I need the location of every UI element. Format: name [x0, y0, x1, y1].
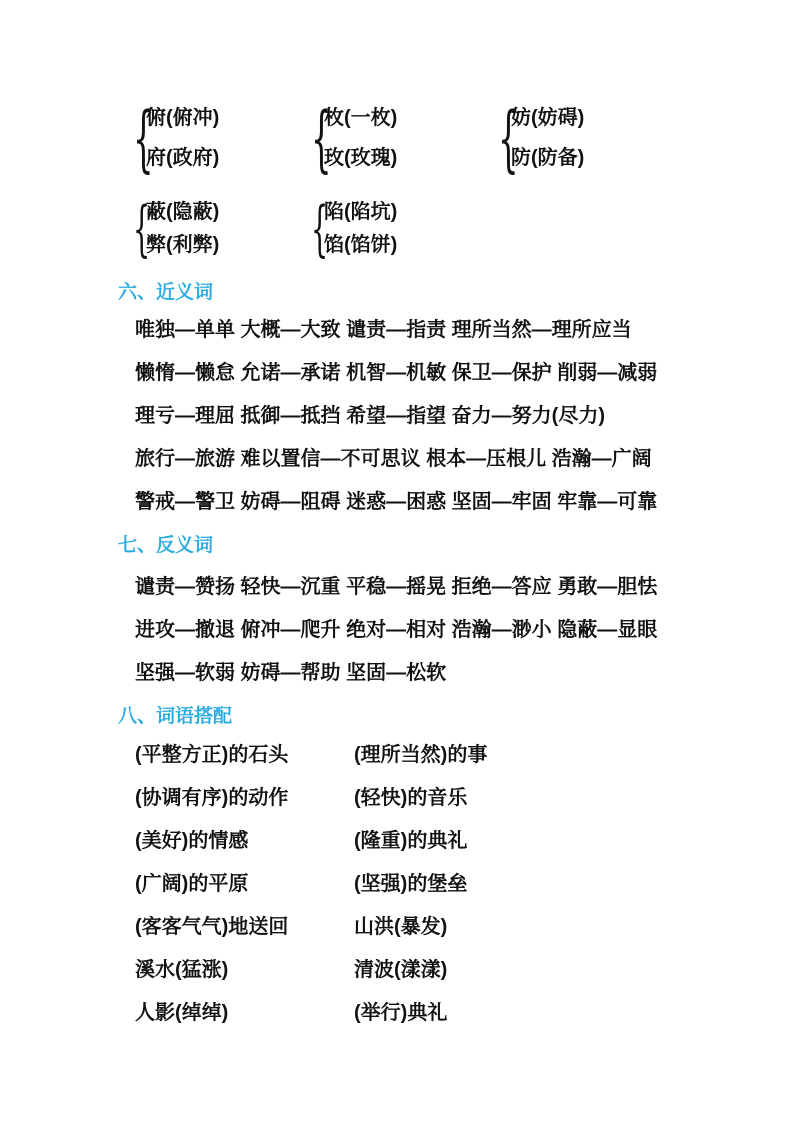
collocation-left: 人影(绰绰): [135, 1003, 354, 1023]
collocation-row: 人影(绰绰) (举行)典礼: [135, 1003, 793, 1023]
collocation-left: 溪水(猛涨): [135, 960, 354, 980]
synonyms-line: 理亏—理屈 抵御—抵挡 希望—指望 奋力—努力(尽力): [135, 406, 793, 426]
collocation-right: (轻快)的音乐: [354, 788, 467, 808]
antonyms-line: 坚强—软弱 妨碍—帮助 坚固—松软: [135, 663, 793, 683]
collocation-row: (美好)的情感 (隆重)的典礼: [135, 831, 793, 851]
collocations-list: (平整方正)的石头 (理所当然)的事 (协调有序)的动作 (轻快)的音乐 (美好…: [0, 745, 793, 1023]
collocation-right: 山洪(暴发): [354, 917, 447, 937]
collocation-row: (广阔)的平原 (坚强)的堡垒: [135, 874, 793, 894]
char-pair-lines: 蔽(隐蔽) 弊(利弊): [146, 196, 219, 262]
char-pair-group: { 枚(一枚) 玫(玫瑰): [311, 98, 498, 178]
synonyms-line: 警戒—警卫 妨碍—阻碍 迷惑—困惑 坚固—牢固 牢靠—可靠: [135, 492, 793, 512]
antonyms-line: 进攻—撤退 俯冲—爬升 绝对—相对 浩瀚—渺小 隐蔽—显眼: [135, 620, 793, 640]
char-pair-top: 陷(陷坑): [324, 196, 397, 229]
char-pair-lines: 陷(陷坑) 馅(馅饼): [324, 196, 397, 262]
char-pair-lines: 俯(俯冲) 府(政府): [146, 98, 219, 178]
collocation-right: (隆重)的典礼: [354, 831, 467, 851]
char-pair-bottom: 弊(利弊): [146, 229, 219, 262]
char-pair-group: { 妨(妨碍) 防(防备): [498, 98, 584, 178]
collocation-left: (美好)的情感: [135, 831, 354, 851]
char-pair-group: { 俯(俯冲) 府(政府): [133, 98, 311, 178]
collocation-right: (举行)典礼: [354, 1003, 447, 1023]
collocation-right: (理所当然)的事: [354, 745, 487, 765]
left-brace: {: [133, 102, 139, 174]
collocation-left: (广阔)的平原: [135, 874, 354, 894]
char-discrimination-section: { 俯(俯冲) 府(政府) { 枚(一枚) 玫(玫瑰) { 妨(妨碍) 防(防备…: [0, 98, 793, 262]
left-brace: {: [311, 199, 317, 259]
char-pair-top: 俯(俯冲): [146, 98, 219, 138]
collocation-row: 溪水(猛涨) 清波(漾漾): [135, 960, 793, 980]
char-pair-bottom: 玫(玫瑰): [324, 138, 397, 178]
char-pair-bottom: 防(防备): [511, 138, 584, 178]
char-pair-top: 妨(妨碍): [511, 98, 584, 138]
synonyms-heading: 六、近义词: [118, 282, 793, 304]
collocation-right: (坚强)的堡垒: [354, 874, 467, 894]
collocation-left: (协调有序)的动作: [135, 788, 354, 808]
antonyms-line: 谴责—赞扬 轻快—沉重 平稳—摇晃 拒绝—答应 勇敢—胆怯: [135, 577, 793, 597]
left-brace: {: [311, 102, 317, 174]
char-pair-lines: 枚(一枚) 玫(玫瑰): [324, 98, 397, 178]
left-brace: {: [498, 102, 504, 174]
collocations-heading: 八、词语搭配: [118, 706, 793, 728]
char-pair-bottom: 府(政府): [146, 138, 219, 178]
collocation-left: (客客气气)地送回: [135, 917, 354, 937]
char-group-row: { 俯(俯冲) 府(政府) { 枚(一枚) 玫(玫瑰) { 妨(妨碍) 防(防备…: [133, 98, 793, 178]
collocation-row: (协调有序)的动作 (轻快)的音乐: [135, 788, 793, 808]
collocation-right: 清波(漾漾): [354, 960, 447, 980]
char-pair-bottom: 馅(馅饼): [324, 229, 397, 262]
worksheet-page: { 俯(俯冲) 府(政府) { 枚(一枚) 玫(玫瑰) { 妨(妨碍) 防(防备…: [0, 0, 793, 1122]
char-pair-group: { 陷(陷坑) 馅(馅饼): [311, 196, 397, 262]
collocation-row: (平整方正)的石头 (理所当然)的事: [135, 745, 793, 765]
left-brace: {: [133, 199, 139, 259]
char-group-row: { 蔽(隐蔽) 弊(利弊) { 陷(陷坑) 馅(馅饼): [133, 196, 793, 262]
collocation-row: (客客气气)地送回 山洪(暴发): [135, 917, 793, 937]
synonyms-line: 旅行—旅游 难以置信—不可思议 根本—压根儿 浩瀚—广阔: [135, 449, 793, 469]
synonyms-line: 唯独—单单 大概—大致 谴责—指责 理所当然—理所应当: [135, 320, 793, 340]
char-pair-lines: 妨(妨碍) 防(防备): [511, 98, 584, 178]
collocation-left: (平整方正)的石头: [135, 745, 354, 765]
char-pair-top: 蔽(隐蔽): [146, 196, 219, 229]
char-pair-top: 枚(一枚): [324, 98, 397, 138]
char-pair-group: { 蔽(隐蔽) 弊(利弊): [133, 196, 311, 262]
antonyms-heading: 七、反义词: [118, 535, 793, 557]
synonyms-line: 懒惰—懒怠 允诺—承诺 机智—机敏 保卫—保护 削弱—减弱: [135, 363, 793, 383]
